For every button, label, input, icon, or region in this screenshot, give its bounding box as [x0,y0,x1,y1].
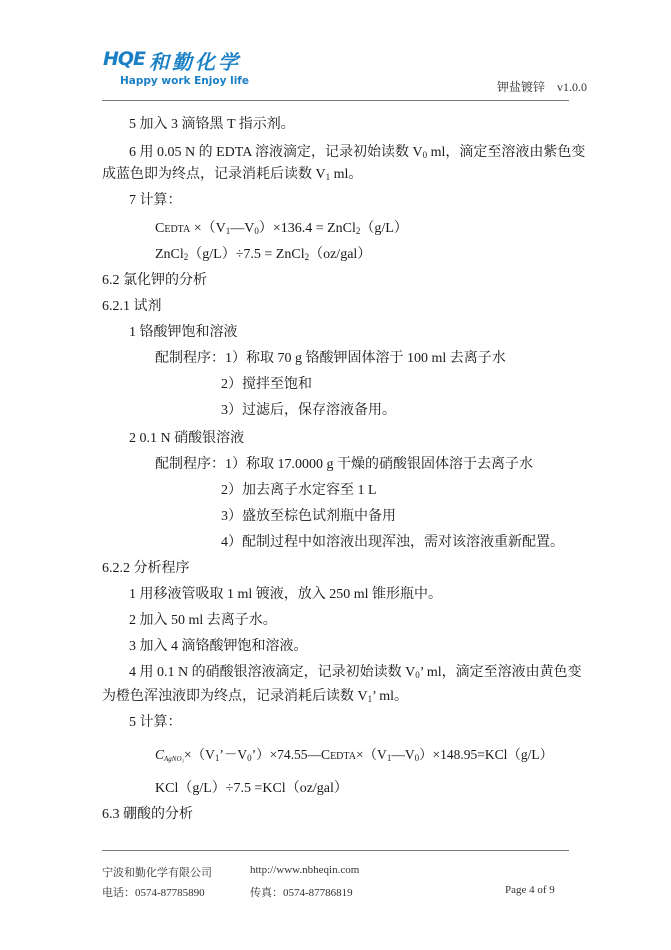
logo-mark: HQE [103,48,145,70]
doc-version: v1.0.0 [557,80,587,94]
footer-phone: 电话：0574-87785890 [102,884,205,900]
text: 4 用 0.1 N 的硝酸银溶液滴定，记录初始读数 V [129,665,415,680]
procedure-step-4-line2: 为橙色浑浊液即为终点，记录消耗后读数 V1’ ml。 [102,688,408,708]
procedure-step-3: 3 加入 4 滴铬酸钾饱和溶液。 [129,638,308,656]
header-doc-info: 钾盐镀锌v1.0.0 [497,78,587,95]
text: ×（V [184,747,215,762]
text: —V [230,221,254,236]
footer-website[interactable]: http://www.nbheqin.com [250,864,359,876]
text: —V [391,747,414,762]
subscript: AgNO₃ [164,755,184,763]
text: ）×148.95=KCl（g/L） [419,747,553,762]
subscript: EDTA [164,224,190,235]
text: （g/L）÷7.5 = ZnCl [188,247,304,262]
step-6-line2: 成蓝色即为终点，记录消耗后读数 V1 ml。 [102,166,362,186]
footer-divider [102,850,569,851]
text: ×（V [356,747,387,762]
procedure-step-4-line1: 4 用 0.1 N 的硝酸银溶液滴定，记录初始读数 V0’ ml，滴定至溶液由黄… [129,664,582,684]
reagent-2-step-3: 3）盛放至棕色试剂瓶中备用 [221,508,396,526]
subscript: EDTA [330,751,356,762]
text: （g/L） [360,221,407,236]
formula-kcl-gl: CAgNO₃×（V1’－V0’）×74.55—CEDTA×（V1—V0）×148… [155,746,553,768]
text: 为橙色浑浊液即为终点，记录消耗后读数 V [102,689,368,704]
text: ’ ml。 [372,689,408,704]
header-divider [102,100,569,101]
reagent-2-step-1: 配制程序：1）称取 17.0000 g 干燥的硝酸银固体溶于去离子水 [155,456,533,474]
text: ×（V [190,221,226,236]
text: ’ ml，滴定至溶液由黄色变 [420,665,582,680]
text: ’－V [219,747,247,762]
logo-company-name: 和勤化学 [149,46,241,75]
formula-zncl2-gl: CEDTA ×（V1—V0）×136.4 = ZnCl2（g/L） [155,220,408,240]
text: ml。 [330,167,362,182]
procedure-step-5: 5 计算： [129,714,182,732]
text: C [155,221,164,236]
footer-fax: 传真：0574-87786819 [250,884,353,900]
text: ZnCl [155,247,184,262]
procedure-step-2: 2 加入 50 ml 去离子水。 [129,612,277,630]
step-6-line1: 6 用 0.05 N 的 EDTA 溶液滴定，记录初始读数 V0 ml，滴定至溶… [129,144,585,164]
text: ml，滴定至溶液由紫色变 [427,145,585,160]
reagent-2-step-2: 2）加去离子水定容至 1 L [221,482,377,500]
reagent-2-step-4: 4）配制过程中如溶液出现浑浊，需对该溶液重新配置。 [221,534,564,552]
section-6-2-2-heading: 6.2.2 分析程序 [102,560,190,578]
section-6-2-heading: 6.2 氯化钾的分析 [102,272,207,290]
reagent-2-title: 2 0.1 N 硝酸银溶液 [129,430,244,448]
step-5: 5 加入 3 滴铬黑 T 指示剂。 [129,116,295,134]
reagent-1-title: 1 铬酸钾饱和溶液 [129,324,238,342]
text: （oz/gal） [309,247,371,262]
text: ）×136.4 = ZnCl [259,221,356,236]
reagent-1-step-3: 3）过滤后，保存溶液备用。 [221,402,396,420]
section-6-3-heading: 6.3 硼酸的分析 [102,806,193,824]
reagent-1-step-2: 2）搅拌至饱和 [221,376,312,394]
formula-kcl-ozgal: KCl（g/L）÷7.5 =KCl（oz/gal） [155,780,348,798]
reagent-1-step-1: 配制程序：1）称取 70 g 铬酸钾固体溶于 100 ml 去离子水 [155,350,506,368]
text: 成蓝色即为终点，记录消耗后读数 V [102,167,326,182]
text: C [155,747,164,762]
doc-title: 钾盐镀锌 [497,80,545,94]
company-logo: HQE 和勤化学 Happy work Enjoy life [103,48,293,98]
procedure-step-1: 1 用移液管吸取 1 ml 镀液，放入 250 ml 锥形瓶中。 [129,586,442,604]
step-7: 7 计算： [129,192,182,210]
footer-company: 宁波和勤化学有限公司 [102,864,212,880]
section-6-2-1-heading: 6.2.1 试剂 [102,298,162,316]
logo-slogan: Happy work Enjoy life [120,75,249,87]
footer-page-number: Page 4 of 9 [505,884,555,896]
formula-zncl2-ozgal: ZnCl2（g/L）÷7.5 = ZnCl2（oz/gal） [155,246,371,266]
text: ’）×74.55—C [252,747,331,762]
text: 6 用 0.05 N 的 EDTA 溶液滴定，记录初始读数 V [129,145,423,160]
